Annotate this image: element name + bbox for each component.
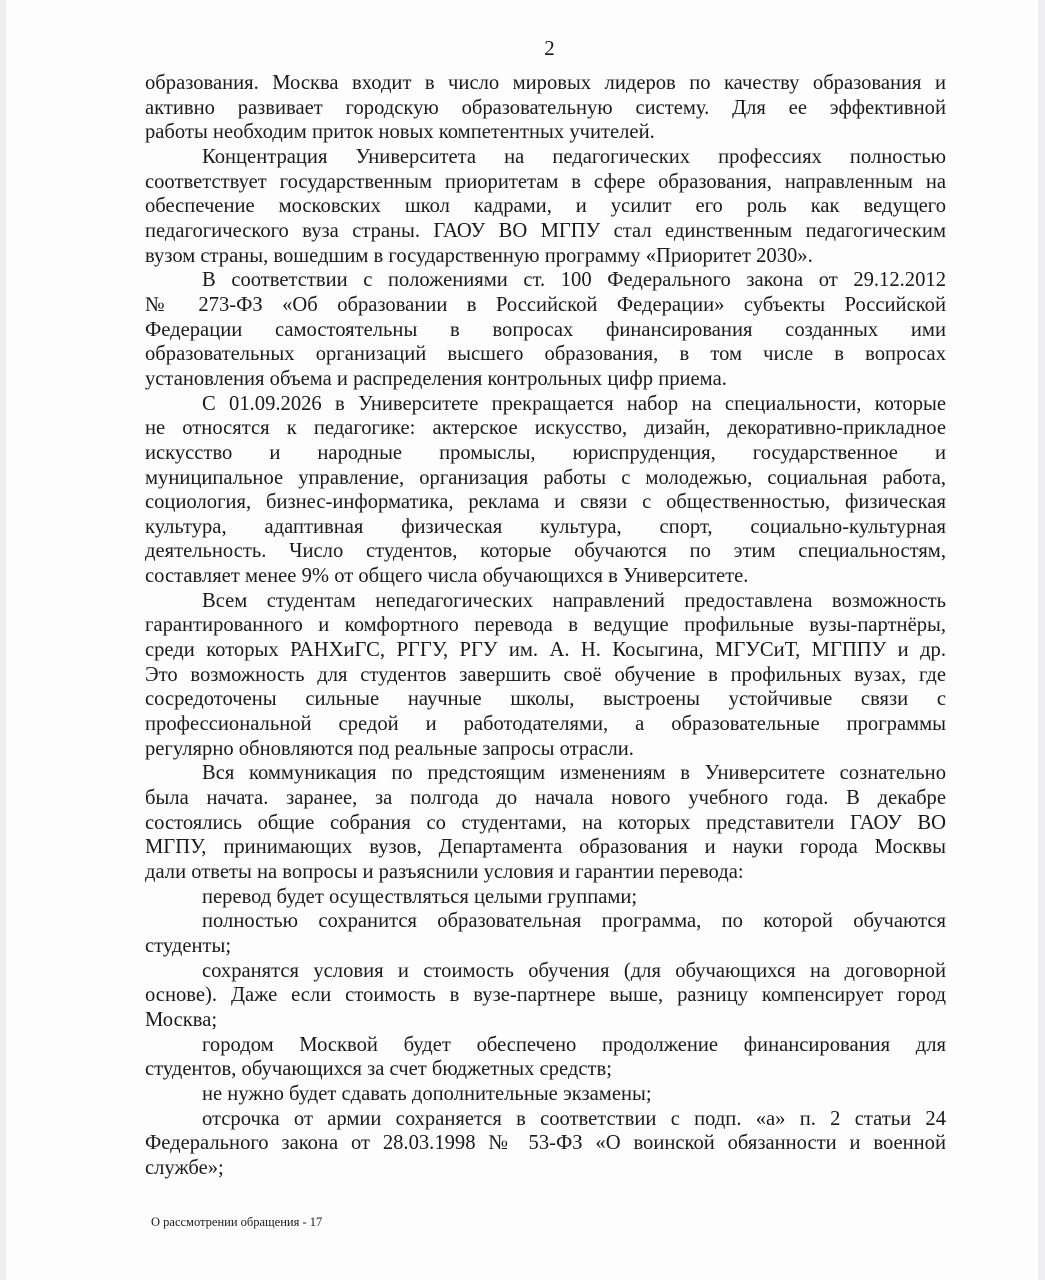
text-line: среди которых РАНХиГС, РГГУ, РГУ им. А. … — [145, 638, 946, 663]
text-line: сохранятся условия и стоимость обучения … — [145, 959, 946, 984]
paragraph: С 01.09.2026 в Университете прекращается… — [145, 392, 946, 589]
paragraph: Вся коммуникация по предстоящим изменени… — [145, 761, 946, 884]
text-line: основе). Даже если стоимость в вузе-парт… — [145, 983, 946, 1008]
text-line: С 01.09.2026 в Университете прекращается… — [145, 392, 946, 417]
document-footer: О рассмотрении обращения - 17 — [151, 1214, 322, 1230]
text-line: педагогического вуза страны. ГАОУ ВО МГП… — [145, 219, 946, 244]
text-line: образования. Москва входит в число миров… — [145, 71, 946, 96]
paragraph: В соответствии с положениями ст. 100 Фед… — [145, 268, 946, 391]
text-line: профессиональной средой и работодателями… — [145, 712, 946, 737]
paragraph: образования. Москва входит в число миров… — [145, 71, 946, 145]
text-line: не нужно будет сдавать дополнительные эк… — [145, 1082, 946, 1107]
text-line: социология, бизнес-информатика, реклама … — [145, 490, 946, 515]
text-line: городом Москвой будет обеспечено продолж… — [145, 1033, 946, 1058]
paragraph: не нужно будет сдавать дополнительные эк… — [145, 1082, 946, 1107]
paragraph: перевод будет осуществляться целыми груп… — [145, 885, 946, 910]
paragraph: городом Москвой будет обеспечено продолж… — [145, 1033, 946, 1082]
text-line: отсрочка от армии сохраняется в соответс… — [145, 1107, 946, 1132]
paragraph: сохранятся условия и стоимость обучения … — [145, 959, 946, 1033]
text-line: дали ответы на вопросы и разъяснили усло… — [145, 860, 946, 885]
text-line: деятельность. Число студентов, которые о… — [145, 539, 946, 564]
text-line: состоялись общие собрания со студентами,… — [145, 811, 946, 836]
text-line: составляет менее 9% от общего числа обуч… — [145, 564, 946, 589]
text-line: студентов, обучающихся за счет бюджетных… — [145, 1057, 946, 1082]
paragraph: Всем студентам непедагогических направле… — [145, 589, 946, 762]
text-line: Федерального закона от 28.03.1998 № 53-Ф… — [145, 1131, 946, 1156]
text-line: искусство и народные промыслы, юриспруде… — [145, 441, 946, 466]
text-line: В соответствии с положениями ст. 100 Фед… — [145, 268, 946, 293]
page-number: 2 — [6, 36, 1045, 60]
document-page: 2 образования. Москва входит в число мир… — [6, 0, 1038, 1280]
text-line: муниципальное управление, организация ра… — [145, 466, 946, 491]
text-line: Москва; — [145, 1008, 946, 1033]
text-line: работы необходим приток новых компетентн… — [145, 120, 946, 145]
text-line: активно развивает городскую образователь… — [145, 96, 946, 121]
text-line: образовательных организаций высшего обра… — [145, 342, 946, 367]
text-line: регулярно обновляются под реальные запро… — [145, 737, 946, 762]
paragraph: полностью сохранится образовательная про… — [145, 909, 946, 958]
text-line: Концентрация Университета на педагогичес… — [145, 145, 946, 170]
text-line: Федерации самостоятельны в вопросах фина… — [145, 318, 946, 343]
text-line: Вся коммуникация по предстоящим изменени… — [145, 761, 946, 786]
text-line: установления объема и распределения конт… — [145, 367, 946, 392]
text-line: полностью сохранится образовательная про… — [145, 909, 946, 934]
text-line: культура, адаптивная физическая культура… — [145, 515, 946, 540]
text-line: Всем студентам непедагогических направле… — [145, 589, 946, 614]
text-line: № 273-ФЗ «Об образовании в Российской Фе… — [145, 293, 946, 318]
text-line: службе»; — [145, 1156, 946, 1181]
text-line: Это возможность для студентов завершить … — [145, 663, 946, 688]
document-body: образования. Москва входит в число миров… — [145, 71, 946, 1181]
text-line: вузом страны, вошедшим в государственную… — [145, 244, 946, 269]
paragraph: Концентрация Университета на педагогичес… — [145, 145, 946, 268]
scan-edge-right — [1038, 0, 1045, 1280]
text-line: соответствует государственным приоритета… — [145, 170, 946, 195]
text-line: была начата. заранее, за полгода до нача… — [145, 786, 946, 811]
text-line: не относятся к педагогике: актерское иск… — [145, 416, 946, 441]
paragraph: отсрочка от армии сохраняется в соответс… — [145, 1107, 946, 1181]
text-line: студенты; — [145, 934, 946, 959]
text-line: гарантированного и комфортного перевода … — [145, 613, 946, 638]
text-line: обеспечение московских школ кадрами, и у… — [145, 194, 946, 219]
text-line: сосредоточены сильные научные школы, выс… — [145, 687, 946, 712]
text-line: перевод будет осуществляться целыми груп… — [145, 885, 946, 910]
text-line: МГПУ, принимающих вузов, Департамента об… — [145, 835, 946, 860]
